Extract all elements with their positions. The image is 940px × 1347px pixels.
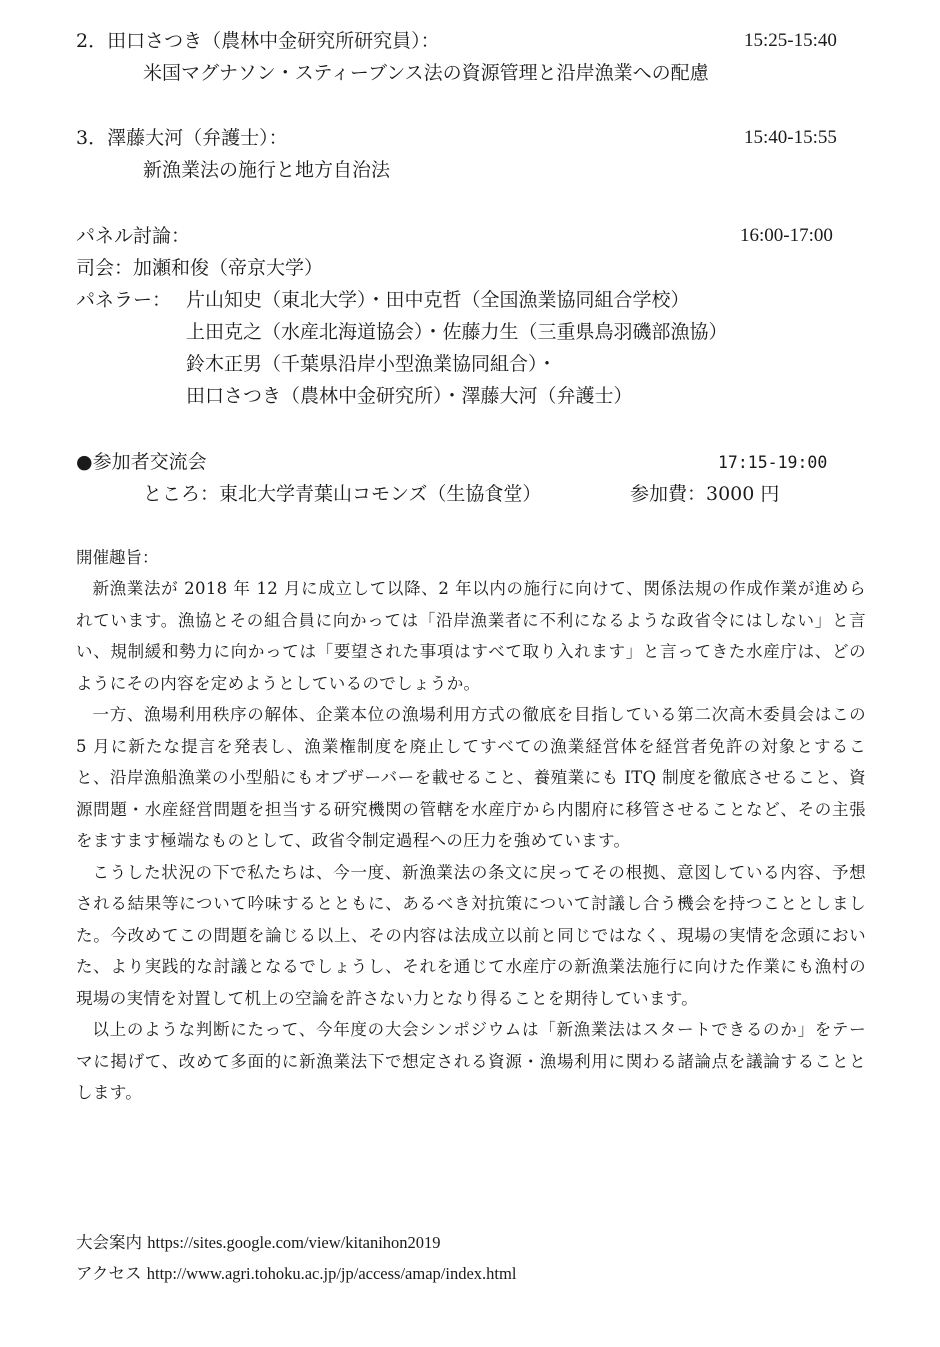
talk-3-title: 新漁業法の施行と地方自治法	[143, 158, 390, 182]
purpose-paragraph: 新漁業法が 2018 年 12 月に成立して以降、2 年以内の施行に向けて、関係…	[76, 573, 866, 699]
panelists-line: 鈴木正男（千葉県沿岸小型漁業協同組合）・	[186, 352, 557, 376]
talk-number: 2．	[76, 30, 107, 52]
panel-heading: パネル討論：	[76, 224, 190, 248]
talk-number: 3．	[76, 127, 107, 149]
info-link-line: 大会案内 https://sites.google.com/view/kitan…	[76, 1231, 441, 1255]
panelists-line: 片山知史（東北大学）・田中克哲（全国漁業協同組合学校）	[186, 288, 690, 312]
access-url-link[interactable]: http://www.agri.tohoku.ac.jp/jp/access/a…	[147, 1264, 517, 1283]
access-link-line: アクセス http://www.agri.tohoku.ac.jp/jp/acc…	[76, 1262, 516, 1286]
panelists-line: 上田克之（水産北海道協会）・佐藤力生（三重県鳥羽磯部漁協）	[186, 320, 728, 344]
purpose-paragraph: 一方、漁場利用秩序の解体、企業本位の漁場利用方式の徹底を目指している第二次高木委…	[76, 699, 866, 857]
talk-speaker: 澤藤大河（弁護士）：	[107, 127, 288, 149]
reception-heading: ●参加者交流会	[76, 450, 207, 474]
talk-speaker: 田口さつき（農林中金研究所研究員）：	[107, 30, 440, 52]
reception-time: 17:15-19:00	[718, 451, 827, 475]
talk-2-time: 15:25-15:40	[744, 29, 837, 53]
reception-fee: 参加費：3000 円	[630, 482, 779, 506]
info-url-link[interactable]: https://sites.google.com/view/kitanihon2…	[147, 1233, 440, 1252]
talk-2-speaker-line: 2．田口さつき（農林中金研究所研究員）：	[76, 29, 440, 53]
talk-3-speaker-line: 3．澤藤大河（弁護士）：	[76, 126, 288, 150]
purpose-heading: 開催趣旨：	[76, 546, 159, 570]
info-label: 大会案内	[76, 1233, 142, 1252]
panel-moderator: 司会：加瀬和俊（帝京大学）	[76, 256, 323, 280]
talk-3-time: 15:40-15:55	[744, 126, 837, 150]
panel-time: 16:00-17:00	[740, 224, 833, 248]
access-label: アクセス	[76, 1264, 142, 1283]
panelists-line: 田口さつき（農林中金研究所）・澤藤大河（弁護士）	[186, 384, 633, 408]
panelists-label: パネラー：	[76, 288, 171, 312]
purpose-body: 新漁業法が 2018 年 12 月に成立して以降、2 年以内の施行に向けて、関係…	[76, 573, 866, 1109]
purpose-paragraph: 以上のような判断にたって、今年度の大会シンポジウムは「新漁業法はスタートできるの…	[76, 1014, 866, 1109]
reception-place: ところ：東北大学青葉山コモンズ（生協食堂）	[143, 482, 541, 506]
talk-2-title: 米国マグナソン・スティーブンス法の資源管理と沿岸漁業への配慮	[143, 61, 709, 85]
purpose-paragraph: こうした状況の下で私たちは、今一度、新漁業法の条文に戻ってその根拠、意図している…	[76, 857, 866, 1015]
